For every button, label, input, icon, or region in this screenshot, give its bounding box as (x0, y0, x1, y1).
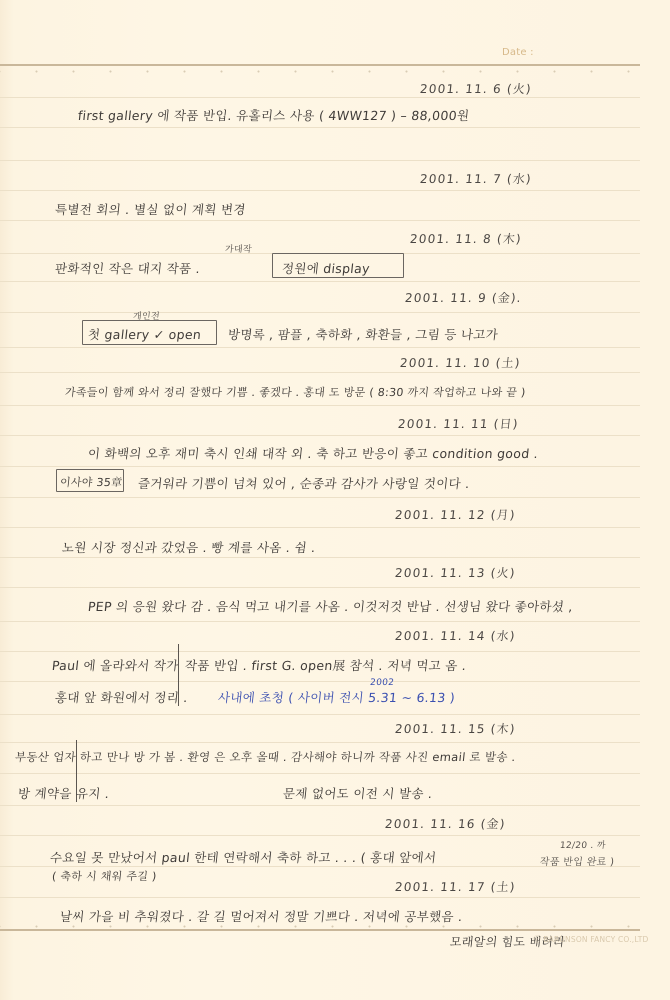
entry-text: 방 계약을 유지 . (17, 784, 110, 802)
entry-annotation: 가대작 (224, 242, 252, 255)
entry-annotation: 12/20 . 까 (559, 838, 606, 851)
entry-text: 문제 없어도 이전 시 발송 . (282, 784, 433, 802)
entry-text: 작품 반입 완료 ) (539, 853, 615, 868)
entry-date: 2001. 11. 16 (金) (384, 815, 507, 832)
entry-date: 2001. 11. 15 (木) (394, 720, 517, 737)
ruled-line (0, 621, 640, 622)
entry-date: 2001. 11. 14 (水) (394, 627, 517, 644)
ruled-line (0, 773, 640, 774)
ruled-line (0, 281, 640, 282)
entry-text: 노원 시장 정신과 갔었음 . 빵 계를 사옴 . 쉼 . (61, 538, 316, 556)
ruled-line (0, 742, 640, 743)
entry-date: 2001. 11. 11 (日) (397, 415, 520, 432)
entry-text-blue: 사내에 초청 ( 사이버 전시 5.31 ~ 6.13 ) (217, 688, 456, 706)
entry-date: 2001. 11. 12 (月) (394, 506, 517, 523)
ruled-line (0, 835, 640, 836)
ruled-line (0, 312, 640, 313)
entry-text: ( 축하 시 채워 주길 ) (51, 868, 157, 884)
entry-text: PEP 의 응원 왔다 감 . 음식 먹고 내기를 사옴 . 이것저것 반납 .… (87, 597, 574, 615)
entry-text: 홍대 앞 화원에서 정리 . (54, 688, 189, 706)
entry-text: 이 화백의 오후 재미 축시 인쇄 대작 외 . 축 하고 반응이 좋고 con… (87, 444, 539, 462)
entry-date: 2001. 11. 9 (金). (404, 289, 523, 306)
ruled-line (0, 190, 640, 191)
notebook-page: Date : 2001. 11. 6 (火) first gallery 에 작… (0, 0, 670, 1000)
ruled-line (0, 220, 640, 221)
ruled-line (0, 405, 640, 406)
ruled-line (0, 497, 640, 498)
ruled-line (0, 527, 640, 528)
ruled-line (0, 714, 640, 715)
entry-date: 2001. 11. 17 (土) (394, 878, 517, 895)
entry-text: 첫 gallery ✓ open (87, 325, 202, 343)
ruled-line (0, 466, 640, 467)
entry-text: 수요일 못 만났어서 paul 한테 연락해서 축하 하고 . . . ( 홍대… (49, 848, 437, 866)
entry-text: 판화적인 작은 대지 작품 . (54, 259, 201, 277)
copyright-mark: ⓒ BARUNSON FANCY CO.,LTD (533, 934, 648, 945)
bottom-margin-rule (0, 929, 640, 931)
entry-text: first gallery 에 작품 반입. 유홀리스 사용 ( 4WW127 … (77, 106, 470, 124)
entry-text: 즐거워라 기쁨이 넘쳐 있어 , 순종과 감사가 사랑일 것이다 . (137, 474, 471, 492)
ruled-line (0, 897, 640, 898)
guide-dots (0, 925, 640, 928)
ruled-line (0, 160, 640, 161)
entry-text: 날씨 가을 비 추워졌다 . 갈 길 멀어져서 정말 기쁘다 . 저녁에 공부했… (59, 907, 463, 925)
ruled-line (0, 805, 640, 806)
top-margin-rule (0, 64, 640, 66)
entry-text: 방명록 , 팜플 , 축하화 , 화환들 , 그림 등 나고가 (227, 325, 499, 343)
entry-date: 2001. 11. 7 (水) (419, 170, 533, 187)
entry-text: 가족들이 함께 와서 정리 잘했다 기쁨 . 좋겠다 . 홍대 도 방문 ( 8… (64, 384, 526, 400)
ruled-line (0, 127, 640, 128)
entry-date: 2001. 11. 13 (火) (394, 564, 517, 581)
entry-text: Paul 에 올라와서 작가 (51, 656, 180, 674)
ruled-line (0, 372, 640, 373)
entry-date: 2001. 11. 8 (木) (409, 230, 523, 247)
ruled-line (0, 347, 640, 348)
entry-date: 2001. 11. 10 (土) (399, 354, 522, 371)
entry-date: 2001. 11. 6 (火) (419, 80, 533, 97)
ruled-line (0, 435, 640, 436)
ruled-line (0, 681, 640, 682)
ruled-line (0, 651, 640, 652)
ruled-line (0, 587, 640, 588)
entry-text: 이사야 35章 (59, 474, 123, 490)
entry-annotation: 2002 (369, 678, 394, 688)
entry-text: 부동산 업자 하고 만나 방 가 봄 . 환영 은 오후 올때 . 감사해야 하… (14, 749, 516, 765)
entry-text: 작품 반입 . first G. open展 참석 . 저녁 먹고 옴 . (184, 656, 467, 674)
guide-dots (0, 70, 640, 73)
ruled-line (0, 97, 640, 98)
ruled-line (0, 557, 640, 558)
entry-text: 특별전 회의 . 별실 없이 계획 변경 (54, 200, 247, 218)
entry-text: 정원에 display (281, 259, 371, 277)
date-field-label: Date : (502, 47, 534, 58)
